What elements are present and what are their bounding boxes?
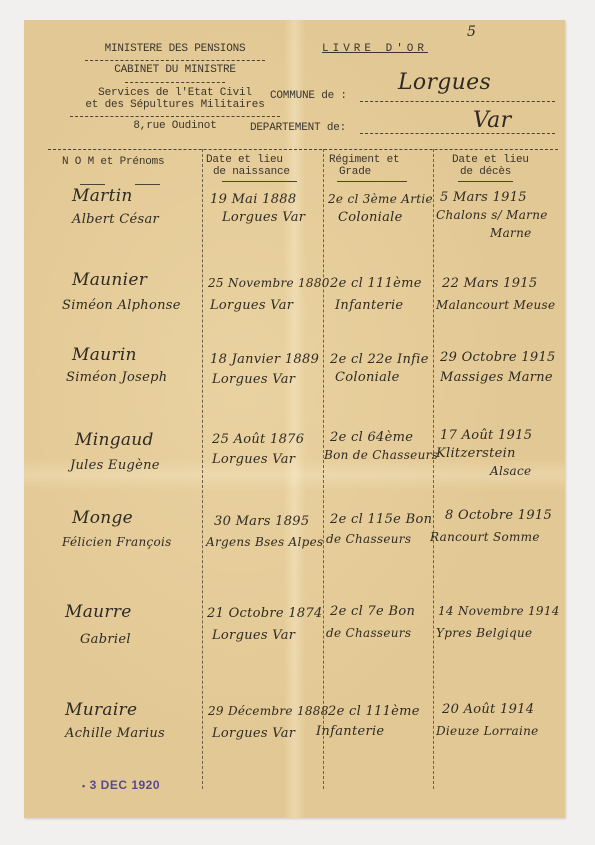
surname: Mingaud: [75, 430, 154, 450]
regiment: 2e cl 111ème: [328, 704, 420, 719]
surname: Monge: [72, 508, 133, 528]
table-top-rule: [48, 149, 558, 150]
death-place-line-2: Marne: [490, 226, 532, 240]
given-names: Gabriel: [80, 632, 131, 647]
surname: Martin: [72, 186, 133, 206]
header-underline: [337, 181, 407, 182]
commune-value: Lorgues: [398, 70, 491, 95]
column-divider: [202, 149, 203, 789]
regiment-line-2: de Chasseurs: [326, 532, 411, 546]
header-underline: [80, 184, 105, 185]
death-place: Klitzerstein: [436, 446, 516, 461]
divider: [125, 82, 225, 83]
commune-fill-line: [360, 101, 555, 102]
column-header-name: N O M et Prénoms: [62, 156, 164, 168]
given-names: Félicien François: [62, 535, 172, 549]
death-place: Chalons s/ Marne: [436, 208, 548, 222]
death-place: Ypres Belgique: [436, 626, 532, 640]
cabinet-heading: CABINET DU MINISTRE: [50, 64, 300, 76]
birth-place: Lorgues Var: [212, 726, 295, 741]
death-date: 8 Octobre 1915: [445, 508, 552, 523]
birth-place: Lorgues Var: [212, 628, 295, 643]
birth-date: 18 Janvier 1889: [210, 352, 319, 367]
death-date: 14 Novembre 1914: [438, 604, 560, 618]
death-place: Dieuze Lorraine: [436, 724, 539, 738]
birth-place: Argens Bses Alpes: [206, 535, 323, 549]
death-place: Rancourt Somme: [430, 530, 540, 544]
death-place: Malancourt Meuse: [436, 298, 555, 312]
departement-label: DEPARTEMENT de:: [250, 122, 346, 134]
birth-date: 21 Octobre 1874: [207, 606, 323, 621]
death-date: 5 Mars 1915: [440, 190, 527, 205]
column-divider: [323, 149, 324, 789]
column-header-regiment-line-1: Régiment et: [329, 154, 399, 166]
column-header-death-line-2: de décès: [460, 166, 511, 178]
birth-place: Lorgues Var: [210, 298, 293, 313]
birth-date: 25 Novembre 1880: [208, 276, 330, 290]
birth-place: Lorgues Var: [212, 372, 295, 387]
header-underline: [458, 181, 513, 182]
commune-label: COMMUNE de :: [270, 90, 347, 102]
birth-date: 29 Décembre 1888: [208, 704, 329, 718]
document-title: LIVRE D'OR: [322, 43, 428, 55]
header-underline: [135, 184, 160, 185]
header-underline: [222, 181, 297, 182]
page-number: 5: [467, 24, 476, 40]
divider: [85, 60, 265, 61]
given-names: Siméon Joseph: [66, 370, 167, 385]
document-page: [24, 20, 565, 818]
regiment: 2e cl 115e Bon: [330, 512, 432, 527]
regiment: 2e cl 7e Bon: [330, 604, 415, 619]
death-date: 22 Mars 1915: [442, 276, 537, 291]
birth-date: 19 Mai 1888: [210, 192, 296, 207]
departement-value: Var: [473, 108, 511, 133]
regiment-line-2: Infanterie: [316, 724, 384, 739]
stamp-date: 3 DEC 1920: [90, 778, 160, 792]
birth-place: Lorgues Var: [212, 452, 295, 467]
column-header-birth-line-1: Date et lieu: [206, 154, 283, 166]
birth-place: Lorgues Var: [222, 210, 305, 225]
surname: Maurre: [65, 602, 132, 622]
given-names: Albert César: [72, 212, 159, 227]
column-header-birth-line-2: de naissance: [213, 166, 290, 178]
date-stamp: •3 DEC 1920: [82, 778, 160, 792]
regiment-line-2: Bon de Chasseurs: [324, 448, 438, 462]
surname: Maunier: [72, 270, 147, 290]
column-header-regiment-line-2: Grade: [339, 166, 371, 178]
death-date: 17 Août 1915: [440, 428, 532, 443]
surname: Maurin: [72, 345, 137, 365]
given-names: Siméon Alphonse: [62, 298, 181, 313]
column-divider: [433, 149, 434, 789]
regiment-line-2: de Chasseurs: [326, 626, 411, 640]
death-place: Massiges Marne: [440, 370, 553, 385]
departement-fill-line: [360, 133, 555, 134]
death-place-line-2: Alsace: [490, 464, 531, 478]
birth-date: 30 Mars 1895: [214, 514, 309, 529]
regiment: 2e cl 22e Infie: [330, 352, 429, 367]
column-header-death-line-1: Date et lieu: [452, 154, 529, 166]
surname: Muraire: [65, 700, 137, 720]
birth-date: 25 Août 1876: [212, 432, 304, 447]
given-names: Achille Marius: [65, 726, 165, 741]
regiment: 2e cl 64ème: [330, 430, 413, 445]
regiment: 2e cl 111ème: [330, 276, 422, 291]
stamp-mark: •: [82, 781, 86, 791]
divider: [70, 116, 280, 117]
death-date: 20 Août 1914: [442, 702, 534, 717]
regiment: 2e cl 3ème Artie: [328, 192, 433, 206]
regiment-line-2: Coloniale: [335, 370, 400, 385]
death-date: 29 Octobre 1915: [440, 350, 556, 365]
regiment-line-2: Infanterie: [335, 298, 403, 313]
given-names: Jules Eugène: [70, 458, 160, 473]
ministry-heading: MINISTERE DES PENSIONS: [50, 43, 300, 55]
regiment-line-2: Coloniale: [338, 210, 403, 225]
